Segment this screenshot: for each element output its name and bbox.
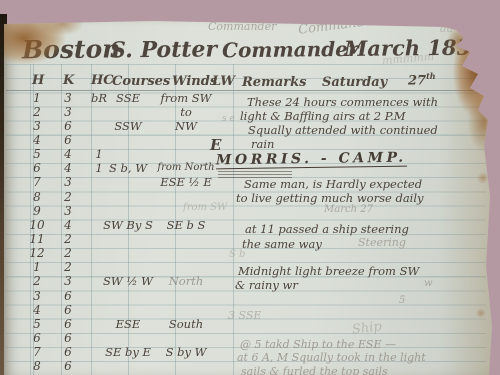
logbook-page: Commander Commander mmmmm du Boston S. P… — [4, 16, 496, 375]
log-cell-k: 6 — [55, 317, 81, 331]
log-cell-h: 5 — [24, 147, 50, 161]
pencil-scribble: s e — [222, 114, 235, 124]
log-cell-w: to — [148, 105, 224, 119]
log-cell-h: 6 — [24, 161, 50, 175]
remark-line: light & Baffling airs at 2 P.M — [240, 110, 406, 123]
log-cell-w: from SW — [148, 91, 224, 105]
remark-line: the same way — [242, 238, 322, 251]
log-cell-k: 3 — [55, 175, 81, 189]
log-cell-h: 9 — [24, 204, 50, 218]
remark-line: Midnight light breeze from SW — [238, 265, 419, 278]
log-cell-h: 4 — [24, 133, 50, 147]
log-cell-h: 1 — [24, 260, 50, 274]
pencil-note: Steering — [358, 236, 406, 249]
pencil-scribble: w — [424, 278, 433, 289]
log-cell-k: 2 — [55, 232, 81, 246]
log-cell-k: 6 — [55, 303, 81, 317]
log-cell-h: 10 — [24, 218, 50, 232]
log-cell-k: 6 — [55, 133, 81, 147]
log-cell-h: 8 — [24, 190, 50, 204]
log-cell-k: 4 — [55, 218, 81, 232]
log-cell-w: North — [148, 274, 224, 288]
log-cell-k: 3 — [55, 204, 81, 218]
log-cell-k: 3 — [55, 274, 81, 288]
remark-line: rain — [251, 138, 274, 151]
log-cell-w: SE b S — [148, 218, 224, 232]
log-cell-k: 6 — [55, 345, 81, 359]
log-cell-h: 8 — [24, 359, 50, 373]
log-cell-h: 1 — [24, 91, 50, 105]
logbook-photo: { "photo": { "backdrop_color": "#b499a2"… — [0, 0, 500, 375]
remark-line: Squally attended with continued — [248, 124, 438, 137]
log-cell-k: 4 — [55, 147, 81, 161]
remark-line: at 11 passed a ship steering — [245, 223, 409, 236]
remark-line: & rainy wr — [235, 279, 298, 292]
pencil-note-date: March 27 — [324, 204, 373, 215]
log-cell-k: 4 — [55, 161, 81, 175]
log-cell-h: 7 — [24, 345, 50, 359]
pencil-remark-line: sails & furled the top sails — [241, 365, 388, 375]
pencil-scribble: S b — [229, 249, 245, 260]
log-cell-w: S by W — [148, 345, 224, 359]
log-cell-hc: 1 — [87, 147, 111, 161]
remark-line: Same man, is Hardly expected — [244, 178, 422, 191]
remark-morris-camp: MORRIS. - CAMP. — [216, 150, 407, 170]
pencil-remark-line: @ 5 takd Ship to the ESE — — [240, 338, 396, 351]
log-cell-h: 3 — [24, 119, 50, 133]
log-cell-h: 7 — [24, 175, 50, 189]
log-cell-h: 2 — [24, 274, 50, 288]
log-cell-k: 6 — [55, 119, 81, 133]
log-cell-h: 4 — [24, 303, 50, 317]
log-cell-w: South — [148, 317, 224, 331]
log-cell-k: 6 — [55, 289, 81, 303]
log-cell-h: 3 — [24, 289, 50, 303]
log-cell-k: 6 — [55, 331, 81, 345]
log-cell-h: 2 — [24, 105, 50, 119]
log-cell-h: 6 — [24, 331, 50, 345]
pencil-note: 3 SSE — [228, 309, 261, 322]
pencil-scribble: 5 — [399, 295, 405, 306]
pencil-wind-ghost: from SW — [183, 202, 227, 213]
remark-line: These 24 hours commences with — [247, 96, 438, 109]
log-cell-h: 11 — [24, 232, 50, 246]
log-cell-w: from North — [148, 161, 224, 175]
pencil-remark-line: at 6 A, M Squally took in the light — [237, 351, 426, 364]
log-cell-h: 12 — [24, 246, 50, 260]
log-cell-h: 5 — [24, 317, 50, 331]
log-cell-k: 6 — [55, 359, 81, 373]
log-cell-w: ESE ½ E — [148, 175, 224, 189]
log-cell-k: 2 — [55, 246, 81, 260]
log-cell-k: 3 — [55, 91, 81, 105]
log-cell-w: NW — [148, 119, 224, 133]
log-cell-k: 2 — [55, 260, 81, 274]
log-cell-k: 2 — [55, 190, 81, 204]
log-cell-k: 3 — [55, 105, 81, 119]
